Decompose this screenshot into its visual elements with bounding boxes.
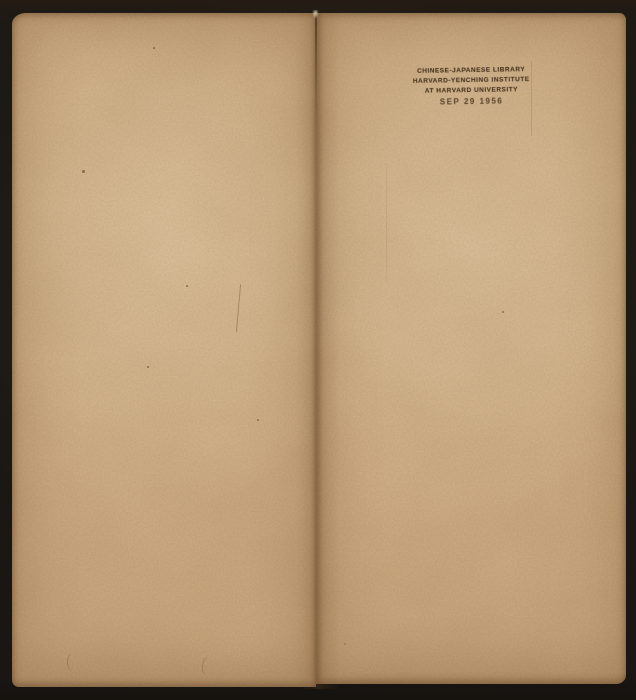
page-right: CHINESE-JAPANESE LIBRARY HARVARD-YENCHIN…	[316, 13, 626, 684]
book-spread: CHINESE-JAPANESE LIBRARY HARVARD-YENCHIN…	[12, 13, 626, 689]
paper-crease-mark	[201, 656, 214, 675]
paper-fiber-mark	[386, 163, 387, 283]
paper-speck	[147, 366, 149, 368]
paper-speck	[186, 285, 188, 287]
stamp-date: SEP 29 1956	[412, 96, 532, 109]
paper-fiber-mark	[236, 284, 241, 332]
paper-crease-mark	[67, 653, 78, 671]
scanner-background: CHINESE-JAPANESE LIBRARY HARVARD-YENCHIN…	[0, 0, 636, 700]
library-stamp: CHINESE-JAPANESE LIBRARY HARVARD-YENCHIN…	[411, 64, 532, 108]
paper-speck	[344, 643, 346, 645]
paper-speck	[502, 311, 504, 313]
stamp-line-3: AT HARVARD UNIVERSITY	[411, 84, 531, 96]
paper-speck	[153, 47, 155, 49]
page-left	[12, 13, 316, 687]
paper-speck	[82, 170, 85, 173]
paper-speck	[257, 419, 259, 421]
